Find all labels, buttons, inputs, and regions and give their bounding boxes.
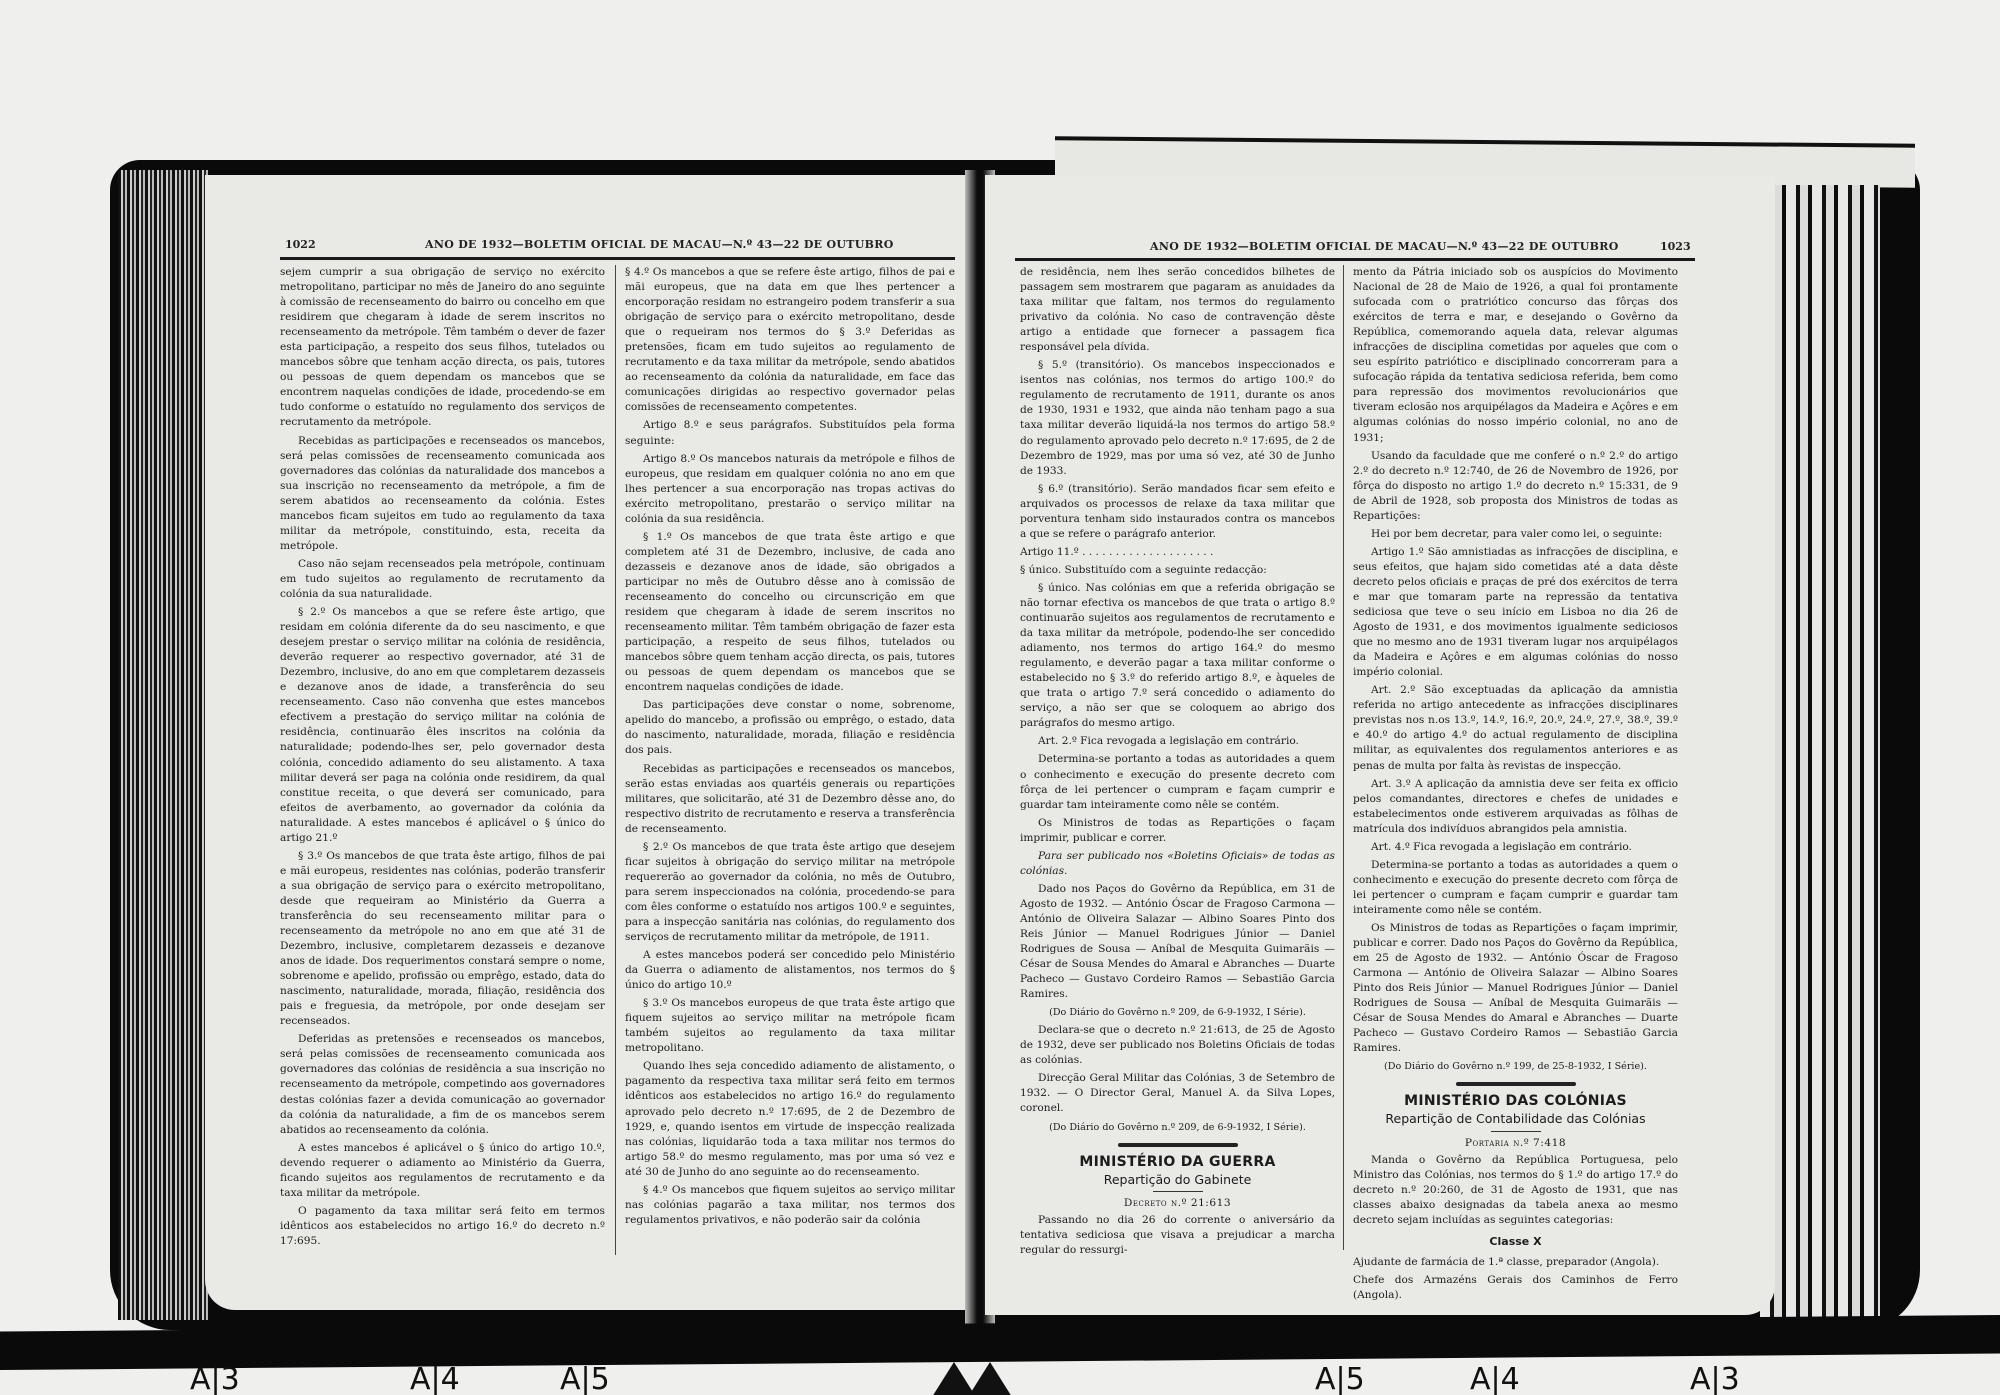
portaria-text: Manda o Govêrno da República Portuguesa,…: [1353, 1153, 1678, 1228]
paragraph: Para ser publicado nos «Boletins Oficiai…: [1020, 849, 1335, 879]
paragraph: § 4.º Os mancebos a que se refere êste a…: [625, 265, 955, 415]
paragraph: (Do Diário do Govêrno n.º 209, de 6-9-19…: [1020, 1005, 1335, 1020]
paragraph: Deferidas as pretensões e recenseados os…: [280, 1032, 605, 1137]
paragraph: § 3.º Os mancebos europeus de que trata …: [625, 996, 955, 1056]
column-divider: [1343, 265, 1344, 1250]
section-rule: [1456, 1082, 1576, 1086]
section-rule: [1118, 1143, 1238, 1147]
class-item: Chefe dos Armazéns Gerais dos Caminhos d…: [1353, 1273, 1678, 1303]
paragraph: mento da Pátria iniciado sob os auspício…: [1353, 265, 1678, 446]
paragraph: (Do Diário do Govêrno n.º 209, de 6-9-19…: [1020, 1120, 1335, 1135]
paragraph: Recebidas as participações e recenseados…: [280, 434, 605, 554]
class-heading: Classe X: [1353, 1234, 1678, 1249]
paragraph: Artigo 11.º . . . . . . . . . . . . . . …: [1020, 545, 1335, 560]
paragraph: Artigo 1.º São amnistiadas as infracções…: [1353, 545, 1678, 680]
paragraph: A estes mancebos é aplicável o § único d…: [280, 1141, 605, 1201]
paragraph: Direcção Geral Militar das Colónias, 3 d…: [1020, 1071, 1335, 1116]
paragraph: Artigo 8.º Os mancebos naturais da metró…: [625, 452, 955, 527]
film-marker: A|3: [1690, 1362, 1740, 1395]
decree-text: Passando no dia 26 do corrente o anivers…: [1020, 1213, 1335, 1258]
page-number: 1023: [1660, 240, 1691, 253]
paragraph: § 5.º (transitório). Os mancebos inspecc…: [1020, 358, 1335, 478]
left-page-edges: [118, 170, 208, 1320]
paragraph: de residência, nem lhes serão concedidos…: [1020, 265, 1335, 355]
short-rule: [1491, 1131, 1541, 1132]
paragraph: Art. 3.º A aplicação da amnistia deve se…: [1353, 777, 1678, 837]
film-marker: A|3: [190, 1362, 240, 1395]
page-number: 1022: [285, 238, 316, 251]
portaria-title: Portaria n.º 7:418: [1353, 1136, 1678, 1151]
left-page: 1022 ANO DE 1932—BOLETIM OFICIAL DE MACA…: [205, 175, 975, 1310]
paragraph: § único. Nas colónias em que a referida …: [1020, 581, 1335, 731]
ministry-heading: MINISTÉRIO DAS COLÓNIAS: [1353, 1094, 1678, 1109]
paragraph: Art. 4.º Fica revogada a legislação em c…: [1353, 840, 1678, 855]
paragraph: Hei por bem decretar, para valer como le…: [1353, 527, 1678, 542]
right-page-edges: [1760, 185, 1880, 1325]
paragraph: Os Ministros de todas as Repartições o f…: [1020, 816, 1335, 846]
paragraph: Art. 2.º Fica revogada a legislação em c…: [1020, 734, 1335, 749]
paragraph: Os Ministros de todas as Repartições o f…: [1353, 921, 1678, 1056]
paragraph: A estes mancebos poderá ser concedido pe…: [625, 948, 955, 993]
film-marker: A|5: [560, 1362, 610, 1395]
department-heading: Repartição do Gabinete: [1020, 1172, 1335, 1187]
paragraph: § 3.º Os mancebos de que trata êste arti…: [280, 849, 605, 1030]
right-page-column-1: de residência, nem lhes serão concedidos…: [1020, 265, 1335, 1261]
right-arrow-marker-icon: [968, 1362, 1012, 1395]
paragraph: Dado nos Paços do Govêrno da República, …: [1020, 882, 1335, 1002]
paragraph: Artigo 8.º e seus parágrafos. Substituíd…: [625, 418, 955, 448]
left-page-column-1: sejem cumprir a sua obrigação de serviço…: [280, 265, 605, 1252]
paragraph: sejem cumprir a sua obrigação de serviço…: [280, 265, 605, 431]
paragraph: Caso não sejam recenseados pela metrópol…: [280, 557, 605, 602]
paragraph: Usando da faculdade que me conferé o n.º…: [1353, 449, 1678, 524]
paragraph: O pagamento da taxa militar será feito e…: [280, 1204, 605, 1249]
header-rule: [280, 257, 955, 260]
paragraph: § 1.º Os mancebos de que trata êste arti…: [625, 530, 955, 696]
paragraph: Das participações deve constar o nome, s…: [625, 698, 955, 758]
short-rule: [1153, 1191, 1203, 1192]
paragraph: Determina-se portanto a todas as autorid…: [1353, 858, 1678, 918]
paragraph: Art. 2.º São exceptuadas da aplicação da…: [1353, 683, 1678, 773]
ministry-heading: MINISTÉRIO DA GUERRA: [1020, 1155, 1335, 1170]
running-head: ANO DE 1932—BOLETIM OFICIAL DE MACAU—N.º…: [1150, 240, 1619, 253]
paragraph: (Do Diário do Govêrno n.º 199, de 25-8-1…: [1353, 1059, 1678, 1074]
paragraph: § 4.º Os mancebos que fiquem sujeitos ao…: [625, 1183, 955, 1228]
paragraph: § 2.º Os mancebos de que trata êste arti…: [625, 840, 955, 945]
film-marker: A|5: [1315, 1362, 1365, 1395]
paragraph: § 2.º Os mancebos a que se refere êste a…: [280, 605, 605, 846]
decree-title: Decreto n.º 21:613: [1020, 1196, 1335, 1211]
paragraph: Quando lhes seja concedido adiamento de …: [625, 1059, 955, 1179]
paragraph: Determina-se portanto a todas as autorid…: [1020, 752, 1335, 812]
left-page-column-2: § 4.º Os mancebos a que se refere êste a…: [625, 265, 955, 1231]
column-divider: [615, 265, 616, 1255]
paragraph: Declara-se que o decreto n.º 21:613, de …: [1020, 1023, 1335, 1068]
film-marker: A|4: [1470, 1362, 1520, 1395]
class-item: Ajudante de farmácia de 1.ª classe, prep…: [1353, 1255, 1678, 1270]
film-marker: A|4: [410, 1362, 460, 1395]
paragraph: § 6.º (transitório). Serão mandados fica…: [1020, 482, 1335, 542]
header-rule: [1015, 258, 1695, 261]
paragraph: Recebidas as participações e recenseados…: [625, 762, 955, 837]
running-head: ANO DE 1932—BOLETIM OFICIAL DE MACAU—N.º…: [425, 238, 894, 251]
paragraph: § único. Substituído com a seguinte reda…: [1020, 563, 1335, 578]
right-page: ANO DE 1932—BOLETIM OFICIAL DE MACAU—N.º…: [985, 175, 1775, 1315]
right-page-column-2: mento da Pátria iniciado sob os auspício…: [1353, 265, 1678, 1306]
department-heading: Repartição de Contabilidade das Colónias: [1353, 1111, 1678, 1126]
